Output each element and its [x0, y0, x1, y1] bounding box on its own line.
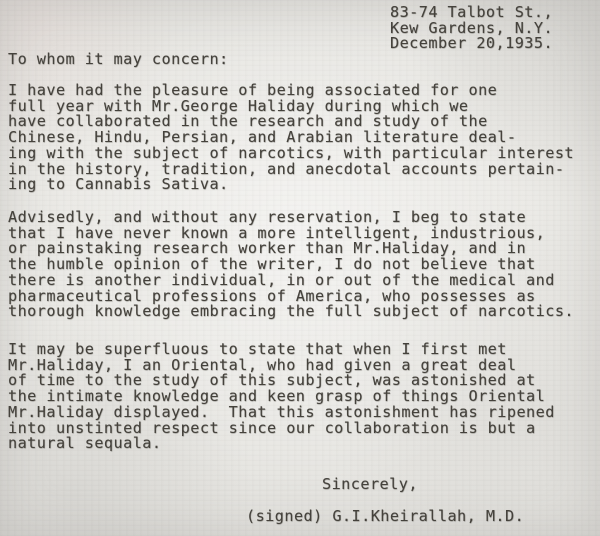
salutation: To whom it may concern:: [8, 52, 229, 68]
body-paragraph-2: Advisedly, and without any reservation, …: [8, 210, 574, 320]
body-paragraph-1: I have had the pleasure of being associa…: [8, 83, 574, 193]
letter-page: 83-74 Talbot St., Kew Gardens, N.Y. Dece…: [0, 0, 600, 536]
closing: Sincerely,: [322, 477, 418, 493]
sender-address-block: 83-74 Talbot St., Kew Gardens, N.Y. Dece…: [390, 5, 553, 52]
body-paragraph-3: It may be superfluous to state that when…: [8, 342, 555, 452]
signature-line: (signed) G.I.Kheirallah, M.D.: [246, 509, 524, 525]
